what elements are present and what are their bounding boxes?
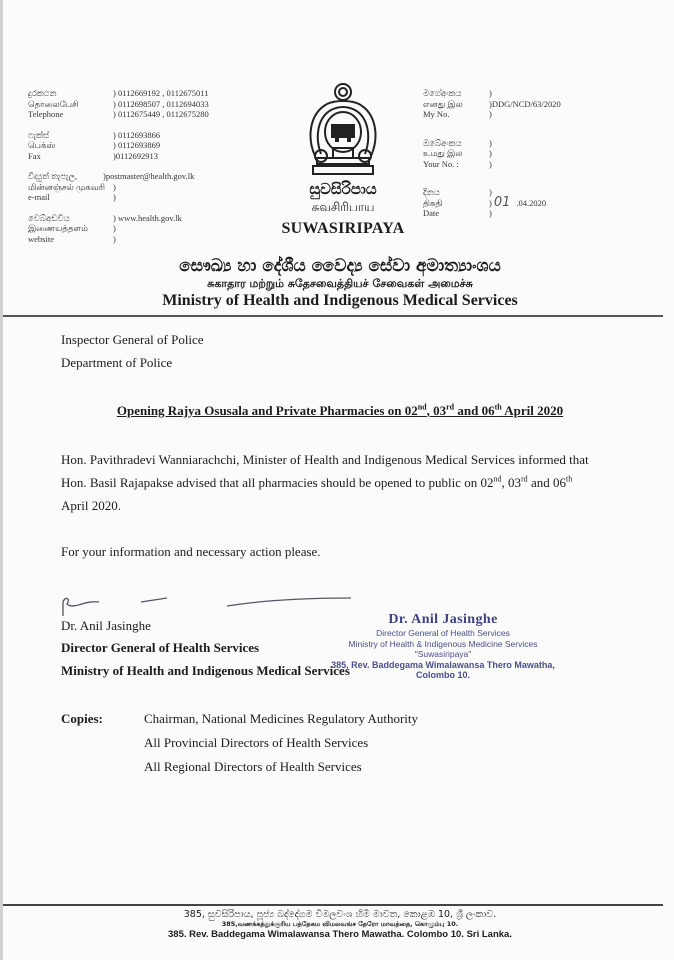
copies-list: Chairman, National Medicines Regulatory …	[144, 707, 418, 779]
contact-website: වෙබ්අඩවිය) www.health.gov.lk இணையத்தளம்)…	[28, 213, 209, 245]
footer-address-tamil: 385,வணக்கத்துக்குரிய பத்தேகம விமலவங்ச தே…	[3, 920, 674, 929]
footer-address-english: 385. Rev. Baddegama Wimalawansa Thero Ma…	[3, 929, 674, 940]
signatory-organization: Ministry of Health and Indigenous Medica…	[61, 663, 350, 679]
ministry-name-tamil: சுகாதார மற்றும் சுதேசவைத்தியச் சேவைகள் அ…	[3, 277, 674, 292]
email-link[interactable]: postmaster@health.gov.lk	[106, 171, 194, 181]
emblem-name-sinhala: සුවසිරිපාය	[273, 180, 413, 198]
body-paragraph-2: For your information and necessary actio…	[61, 540, 641, 563]
header-divider	[3, 315, 663, 317]
signatory-title: Director General of Health Services	[61, 640, 259, 656]
recipient: Inspector General of Police Department o…	[61, 328, 204, 374]
emblem-name-english: SUWASIRIPAYA	[263, 220, 423, 238]
footer-address: 385, සුවසිරිපාය, පූජ්‍ය බද්දේගම විමලවංශ …	[3, 909, 674, 940]
contact-email: විද්‍යුත් තැපැල,)postmaster@health.gov.l…	[28, 171, 209, 203]
body-paragraph-1: Hon. Pavithradevi Wanniarachchi, Ministe…	[61, 448, 641, 517]
stamp-name: Dr. Anil Jasinghe	[328, 612, 558, 628]
sri-lanka-emblem-icon	[293, 78, 393, 178]
emblem-name-tamil: சுவசிரிபாய	[273, 200, 413, 216]
footer-address-sinhala: 385, සුවසිරිපාය, පූජ්‍ය බද්දේගම විමලවංශ …	[3, 909, 674, 920]
copy-recipient: Chairman, National Medicines Regulatory …	[144, 707, 418, 731]
contact-fax: ෆැක්ස්) 0112693866 பெக்ஸ்) 0112693869 Fa…	[28, 130, 209, 162]
signatory-name: Dr. Anil Jasinghe	[61, 614, 151, 637]
handwritten-day: 01	[494, 195, 511, 210]
recipient-department: Department of Police	[61, 351, 204, 374]
date-value: .04.2020	[516, 198, 546, 208]
reference-block: මගේඅංකය) எனது இல)DDG/NCD/63/2020 My No.)…	[423, 88, 561, 219]
recipient-title: Inspector General of Police	[61, 328, 204, 351]
official-stamp: Dr. Anil Jasinghe Director General of He…	[328, 612, 558, 681]
ministry-name-english: Ministry of Health and Indigenous Medica…	[3, 292, 674, 310]
letter-page: දුරකථන) 0112669192 , 0112675011 தொலைபேசி…	[0, 0, 674, 960]
my-number-value: DDG/NCD/63/2020	[492, 99, 561, 109]
contact-block: දුරකථන) 0112669192 , 0112675011 தொலைபேசி…	[28, 88, 209, 244]
footer-divider	[3, 904, 663, 906]
copy-recipient: All Regional Directors of Health Service…	[144, 755, 418, 779]
my-number: මගේඅංකය) எனது இல)DDG/NCD/63/2020 My No.)	[423, 88, 561, 120]
ministry-name-sinhala: සෞඛ්‍ය හා දේශීය වෛද්‍ය සේවා අමාත්‍යාංශය	[3, 256, 674, 276]
contact-telephone: දුරකථන) 0112669192 , 0112675011 தொலைபேசி…	[28, 88, 209, 120]
letter-subject: Opening Rajya Osusala and Private Pharma…	[3, 403, 674, 419]
website-link[interactable]: www.health.gov.lk	[118, 213, 182, 223]
date-field: දිනය) திகதி)01.04.2020 Date)	[423, 187, 561, 219]
your-number: ඔබේඅංකය) உமது இல) Your No. :)	[423, 138, 561, 170]
letter-body: Hon. Pavithradevi Wanniarachchi, Ministe…	[61, 448, 641, 563]
copy-recipient: All Provincial Directors of Health Servi…	[144, 731, 418, 755]
copies-label: Copies:	[61, 711, 103, 727]
